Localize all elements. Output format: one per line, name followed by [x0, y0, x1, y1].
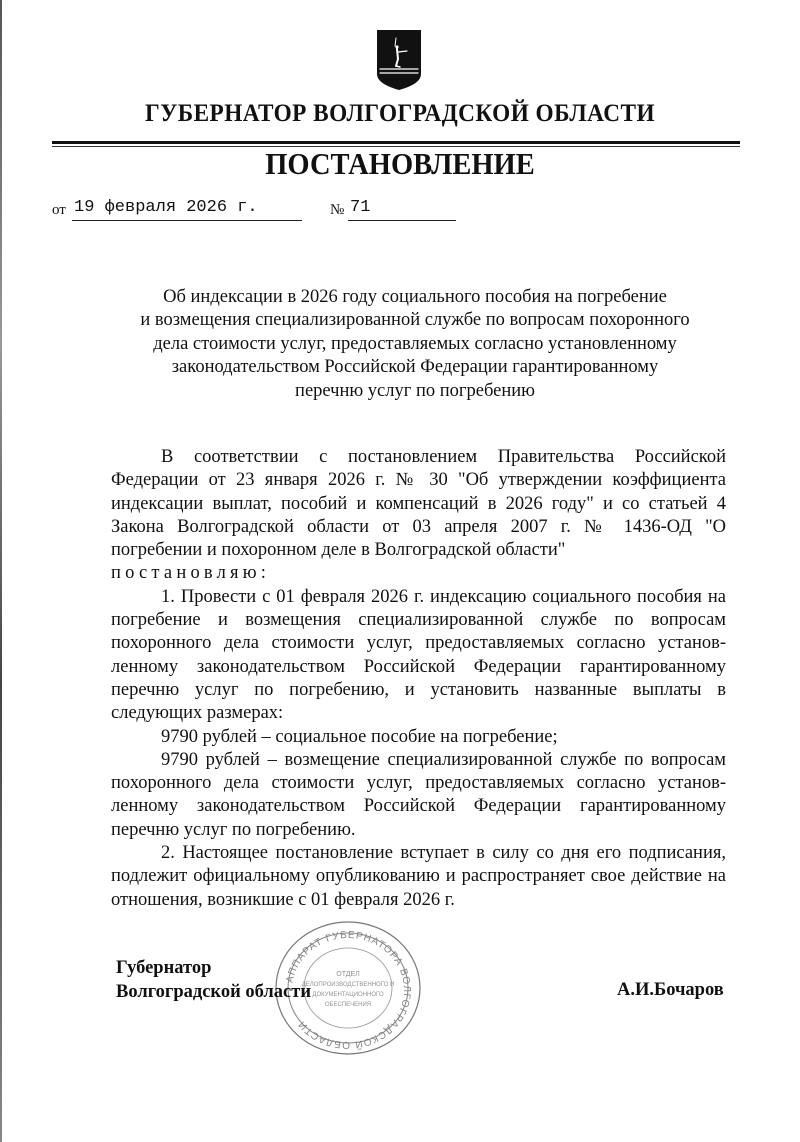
date-label: от: [52, 202, 66, 219]
resolve-word: постановляю:: [111, 562, 726, 585]
header-rule-thick: [52, 141, 740, 144]
scan-edge: [0, 0, 2, 1142]
subject-line: и возмещения специализированной службе п…: [120, 309, 710, 332]
subject-line: дела стоимости услуг, предоставляемых со…: [120, 333, 710, 356]
subject-line: Об индексации в 2026 году социального по…: [120, 286, 710, 309]
date-field: 19 февраля 2026 г.: [72, 198, 302, 221]
amount-1-paragraph: 9790 рублей – социальное пособие на погр…: [111, 726, 726, 749]
volgograd-coat-of-arms-icon: [374, 28, 424, 92]
amount-2-paragraph: 9790 рублей – возмещение специализирован…: [111, 749, 726, 842]
signatory-title-line: Волгоградской области: [116, 980, 311, 1004]
issuer-title: ГУБЕРНАТОР ВОЛГОГРАДСКОЙ ОБЛАСТИ: [28, 100, 772, 128]
clause-2-paragraph: 2. Настоящее постановление вступает в си…: [111, 842, 726, 912]
signatory-title-line: Губернатор: [116, 956, 311, 980]
subject-line: законодательством Российской Федерации г…: [120, 356, 710, 379]
stamp-inner-line: ОТДЕЛ: [336, 971, 360, 978]
preamble-paragraph: В соответствии с постановлением Правител…: [111, 446, 726, 562]
signatory-title: Губернатор Волгоградской области: [116, 956, 311, 1004]
stamp-inner-line: ДЕЛОПРОИЗВОДСТВЕННОГО И: [302, 982, 395, 988]
document-subject: Об индексации в 2026 году социального по…: [120, 286, 710, 403]
signatory-name: А.И.Бочаров: [617, 980, 724, 1001]
number-field: 71: [348, 198, 456, 221]
stamp-inner-line: ДОКУМЕНТАЦИОННОГО: [312, 992, 384, 998]
document-type-heading: ПОСТАНОВЛЕНИЕ: [32, 146, 768, 182]
clause-1-paragraph: 1. Провести с 01 февраля 2026 г. индекса…: [111, 586, 726, 726]
number-label: №: [330, 202, 344, 219]
stamp-inner-line: ОБЕСПЕЧЕНИЯ: [325, 1002, 371, 1008]
document-body: В соответствии с постановлением Правител…: [111, 446, 726, 912]
subject-line: перечню услуг по погребению: [120, 380, 710, 403]
